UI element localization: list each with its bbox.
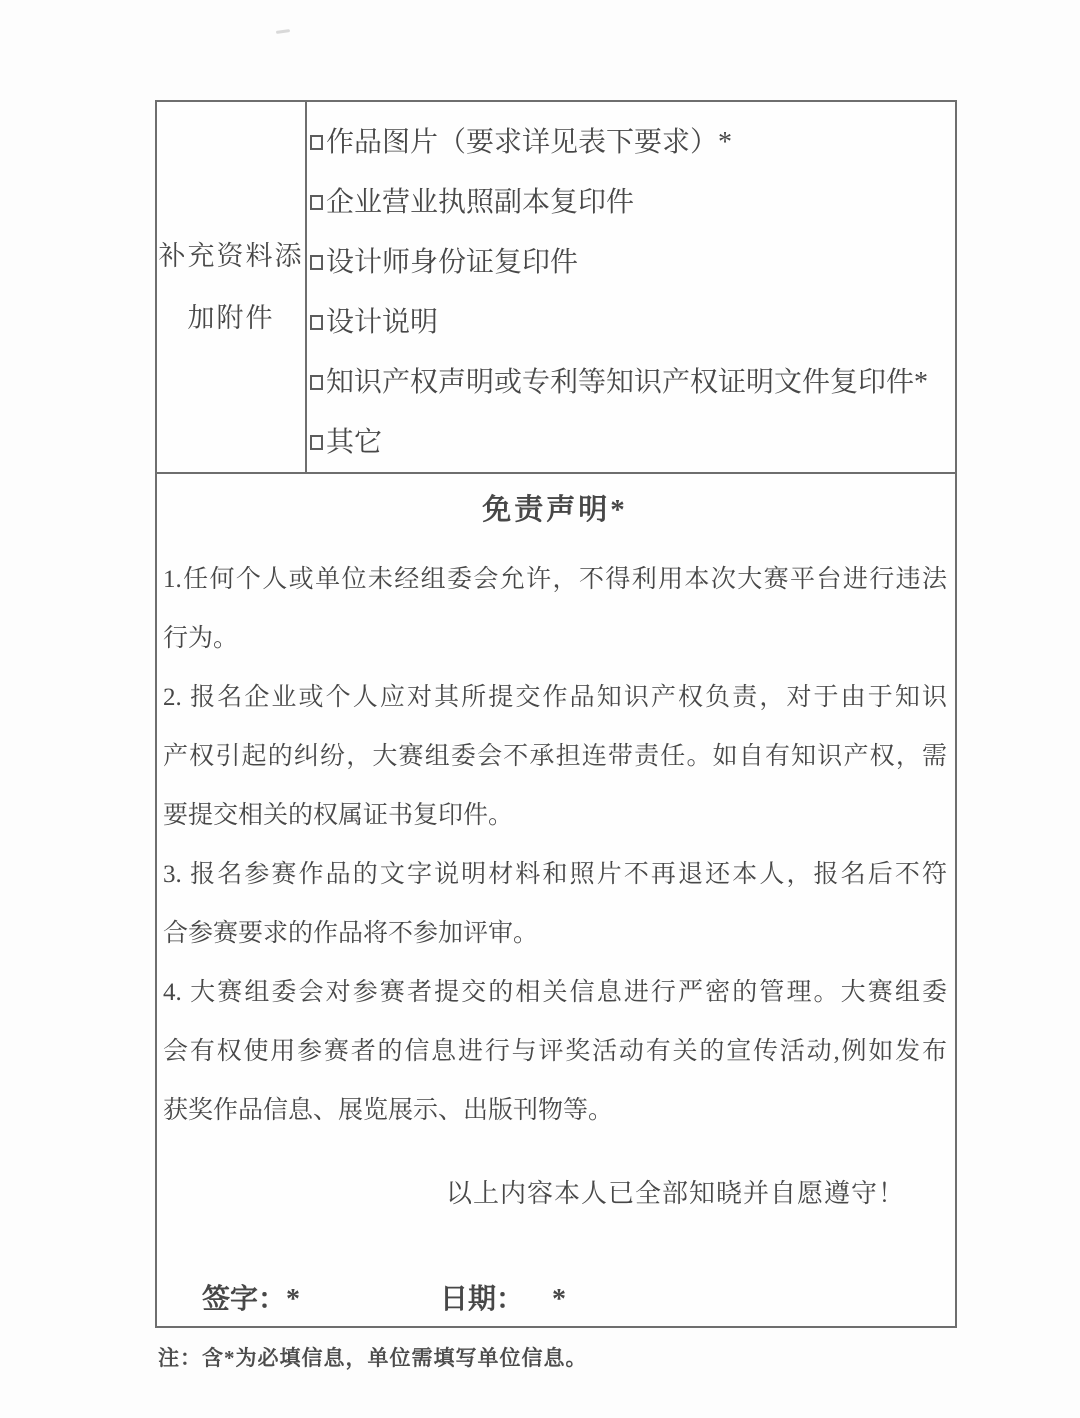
disclaimer-line: 产权引起的纠纷，大赛组委会不承担连带责任。如自有知识产权，需: [163, 727, 947, 786]
attachment-item-label: 企业营业执照副本复印件: [326, 180, 634, 220]
disclaimer-line: 合参赛要求的作品将不参加评审。: [163, 904, 947, 963]
checkbox-icon: [310, 315, 323, 330]
disclaimer-line: 要提交相关的权属证书复印件。: [163, 786, 947, 845]
disclaimer-section: 免责声明* 1.任何个人或单位未经组委会允许，不得利用本次大赛平台进行违法 行为…: [157, 476, 955, 1326]
disclaimer-line: 3. 报名参赛作品的文字说明材料和照片不再退还本人，报名后不符: [163, 845, 947, 904]
disclaimer-line: 行为。: [163, 609, 947, 668]
attachment-item: 设计说明: [310, 300, 951, 340]
disclaimer-line: 获奖作品信息、展览展示、出版刊物等。: [163, 1081, 947, 1140]
disclaimer-line: 2. 报名企业或个人应对其所提交作品知识产权负责，对于由于知识: [163, 668, 947, 727]
scanned-form-page: 补充资料添 加附件 作品图片（要求详见表下要求）* 企业营业执照副本复印件 设计…: [0, 0, 1080, 1418]
disclaimer-line: 会有权使用参赛者的信息进行与评奖活动有关的宣传活动,例如发布: [163, 1022, 947, 1081]
disclaimer-line: 4. 大赛组委会对参赛者提交的相关信息进行严密的管理。大赛组委: [163, 963, 947, 1022]
attachments-label-line2: 加附件: [188, 287, 275, 349]
disclaimer-line: 1.任何个人或单位未经组委会允许，不得利用本次大赛平台进行违法: [163, 550, 947, 609]
attachment-item-label: 设计师身份证复印件: [326, 240, 578, 280]
attachments-items-cell: 作品图片（要求详见表下要求）* 企业营业执照副本复印件 设计师身份证复印件 设计…: [307, 102, 955, 472]
attachments-label-cell: 补充资料添 加附件: [157, 102, 307, 472]
signature-label: 签字：: [202, 1270, 286, 1329]
checkbox-icon: [310, 375, 323, 390]
date-label: 日期：: [440, 1270, 524, 1329]
disclaimer-title: 免责声明*: [163, 482, 947, 538]
checkbox-icon: [310, 435, 323, 450]
attachments-row: 补充资料添 加附件 作品图片（要求详见表下要求）* 企业营业执照副本复印件 设计…: [157, 102, 955, 474]
footnote: 注：含*为必填信息，单位需填写单位信息。: [158, 1342, 588, 1372]
attachment-item-label: 知识产权声明或专利等知识产权证明文件复印件*: [326, 360, 928, 400]
attachment-item: 知识产权声明或专利等知识产权证明文件复印件*: [310, 360, 951, 400]
attachment-item: 其它: [310, 420, 951, 460]
attachment-item: 企业营业执照副本复印件: [310, 180, 951, 220]
signature-value: *: [286, 1270, 300, 1329]
date-value: *: [552, 1270, 566, 1329]
attachment-item-label: 其它: [326, 420, 382, 460]
form-table: 补充资料添 加附件 作品图片（要求详见表下要求）* 企业营业执照副本复印件 设计…: [155, 100, 957, 1328]
checkbox-icon: [310, 135, 323, 150]
attachment-item-label: 设计说明: [326, 300, 438, 340]
attachments-label-line1: 补充资料添: [159, 225, 304, 287]
checkbox-icon: [310, 255, 323, 270]
attachment-item: 设计师身份证复印件: [310, 240, 951, 280]
attachment-item-label: 作品图片（要求详见表下要求）*: [326, 120, 732, 160]
acknowledgement-line: 以上内容本人已全部知晓并自愿遵守！: [163, 1164, 947, 1223]
signature-row: 签字： * 日期： *: [163, 1270, 947, 1329]
attachment-item: 作品图片（要求详见表下要求）*: [310, 120, 951, 160]
scan-artifact: [276, 29, 290, 34]
checkbox-icon: [310, 195, 323, 210]
